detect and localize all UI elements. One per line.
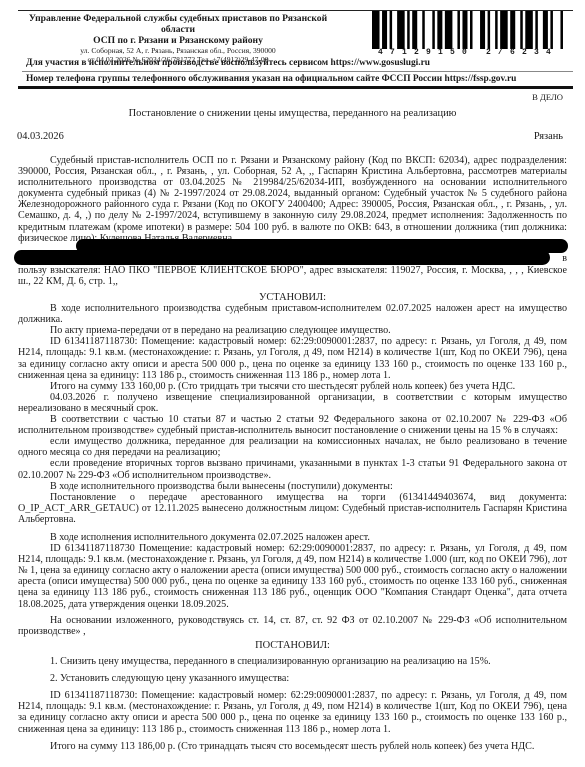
established-paragraph: Постановление о передаче арестованного и… [18,492,567,525]
established-paragraph: По акту приема-передачи от в передано на… [18,325,567,336]
established-paragraph: 04.03.2026 г. получено извещение специал… [18,392,567,414]
file-stamp: В ДЕЛО [532,92,563,102]
arrest-section: В ходе исполнения исполнительного докуме… [18,532,567,637]
claimant-paragraph: пользу взыскателя: НАО ПКО "ПЕРВОЕ КЛИЕН… [18,265,567,287]
resolved-heading: ПОСТАНОВИЛ: [18,640,567,651]
established-paragraph: если проведение вторичных торгов вызвано… [18,458,567,480]
arrest-property-paragraph: ID 61341187118730 Помещение: кадастровый… [18,543,567,610]
intro-paragraph: Судебный пристав-исполнитель ОСП по г. Р… [18,155,567,244]
org-department: ОСП по г. Рязани и Рязанскому району [18,35,338,46]
established-paragraph: если имущество должника, переданное для … [18,436,567,458]
arrest-paragraph: В ходе исполнения исполнительного докуме… [18,532,567,543]
header-bottom-rule [18,86,573,89]
org-name: Управление Федеральной службы судебных п… [18,13,338,35]
document-title: Постановление о снижении цены имущества,… [0,108,585,119]
legal-basis-paragraph: На основании изложенного, руководствуясь… [18,615,567,637]
established-paragraph: Итого на сумму 133 160,00 р. (Сто тридца… [18,381,567,392]
resolution-item-1: 1. Снизить цену имущества, переданного в… [18,656,567,667]
claimant-section: пользу взыскателя: НАО ПКО "ПЕРВОЕ КЛИЕН… [18,265,567,287]
established-section: УСТАНОВИЛ: В ходе исполнительного произв… [18,292,567,525]
resolution-property: ID 61341187118730: Помещение: кадастровы… [18,690,567,734]
established-heading: УСТАНОВИЛ: [18,292,567,303]
redaction-tail: в [18,253,567,264]
document-date: 04.03.2026 [17,131,64,142]
gosuslugi-notice: Для участия в исполнительном производств… [26,58,430,68]
document-city: Рязань [534,131,563,142]
resolution-total: Итого на сумму 113 186,00 р. (Сто тринад… [18,741,567,752]
issuing-organization: Управление Федеральной службы судебных п… [18,13,338,64]
document-page: Управление Федеральной службы судебных п… [0,0,585,767]
barcode-number: 47129150 2/6234 [378,48,568,57]
established-paragraph: В соответствии с частью 10 статьи 87 и ч… [18,414,567,436]
resolution-item-2: 2. Установить следующую цену указанного … [18,673,567,684]
phone-notice: Номер телефона группы телефонного обслуж… [26,74,516,84]
header-divider [22,71,573,72]
established-paragraph: В ходе исполнительного производства суде… [18,303,567,325]
established-paragraph: В ходе исполнительного производства были… [18,481,567,492]
resolved-section: ПОСТАНОВИЛ: 1. Снизить цену имущества, п… [18,640,567,752]
org-address: ул. Соборная, 52 А, г. Рязань, Рязанская… [18,46,338,55]
established-paragraph: ID 61341187118730: Помещение: кадастровы… [18,336,567,380]
barcode-icon [372,11,568,49]
intro-section: Судебный пристав-исполнитель ОСП по г. Р… [18,155,567,244]
